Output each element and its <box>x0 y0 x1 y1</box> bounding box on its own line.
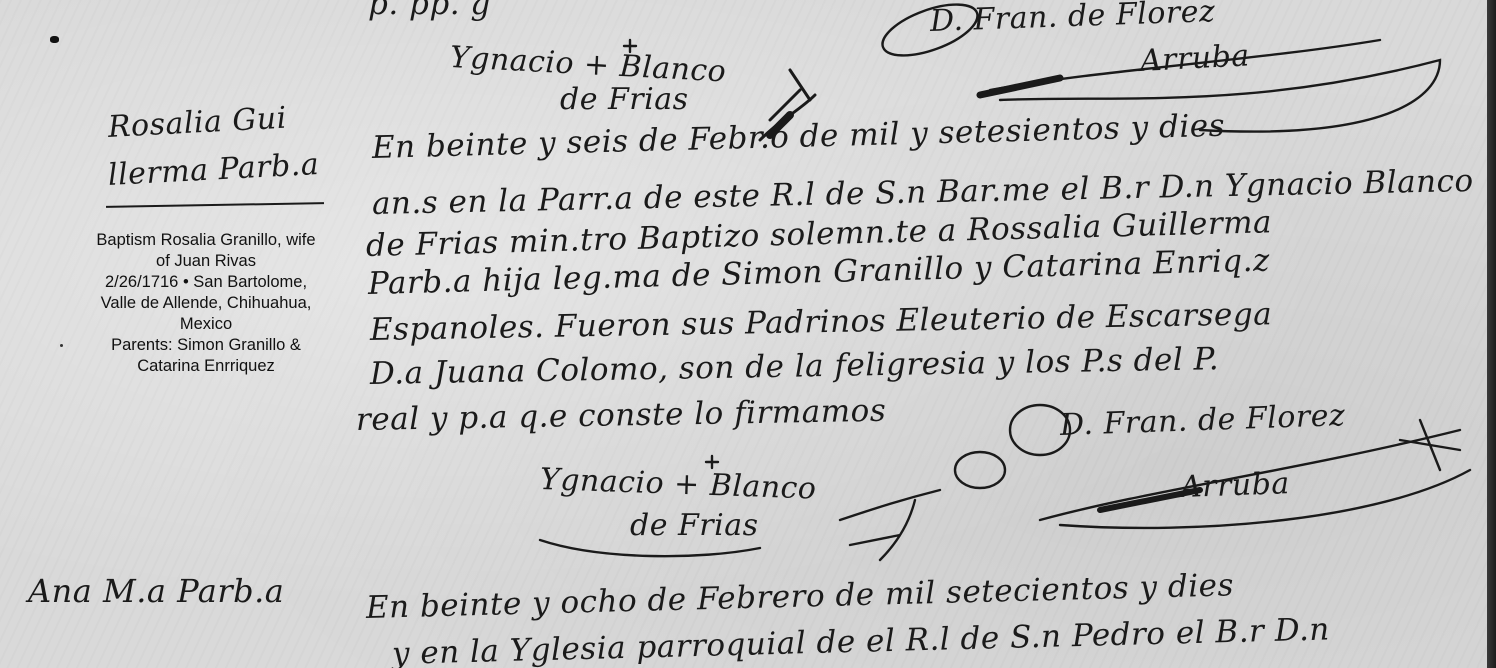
register-page: p. pp. g Ygnacio + Blanco de Frias D. Fr… <box>0 0 1487 668</box>
caption-parents-text: Parents: Simon Granillo & <box>111 336 301 354</box>
top-notary-signature-surname: Arruba <box>1139 38 1250 79</box>
top-notary-signature-name: D. Fran. de Florez <box>929 0 1215 39</box>
margin-name-entry2: Ana M.a Parb.a <box>28 572 284 610</box>
caption-line-parents: Parents: Simon Granillo & <box>56 335 356 356</box>
previous-entry-fragment: p. pp. g <box>368 0 491 22</box>
top-priest-signature-surname: de Frias <box>560 82 689 117</box>
entry1-priest-signature-name: Ygnacio + Blanco <box>539 462 817 507</box>
margin-name-entry1-line1: Rosalia Gui <box>107 101 288 145</box>
margin-underline <box>106 202 324 208</box>
entry1-notary-signature-name: D. Fran. de Florez <box>1059 398 1345 443</box>
entry1-notary-signature-surname: Arruba <box>1179 466 1290 505</box>
entry1-line-7: real y p.a q.e conste lo firmamos <box>356 393 887 438</box>
ink-blot <box>50 36 59 43</box>
margin-name-entry1-line2: llerma Parb.a <box>107 147 320 193</box>
entry1-line-6: D.a Juana Colomo, son de la feligresia y… <box>370 341 1220 392</box>
caption-line-title: Baptism Rosalia Granillo, wife <box>56 230 356 251</box>
caption-line-date-place: 2/26/1716 • San Bartolome, <box>56 272 356 293</box>
entry1-priest-signature-surname: de Frias <box>630 508 759 543</box>
book-binding-edge <box>1487 0 1496 668</box>
caption-line-spouse: of Juan Rivas <box>56 251 356 272</box>
entry1-line-5: Espanoles. Fueron sus Padrinos Eleuterio… <box>370 296 1273 348</box>
caption-line-parents-cont: Catarina Enrriquez <box>56 356 356 377</box>
caption-line-place-cont: Valle de Allende, Chihuahua, <box>56 293 356 314</box>
caption-overlay: Baptism Rosalia Granillo, wife of Juan R… <box>56 230 356 377</box>
bullet-icon <box>60 344 63 347</box>
entry1-line-1: En beinte y seis de Febr.o de mil y sete… <box>372 108 1226 166</box>
caption-line-country: Mexico <box>56 314 356 335</box>
